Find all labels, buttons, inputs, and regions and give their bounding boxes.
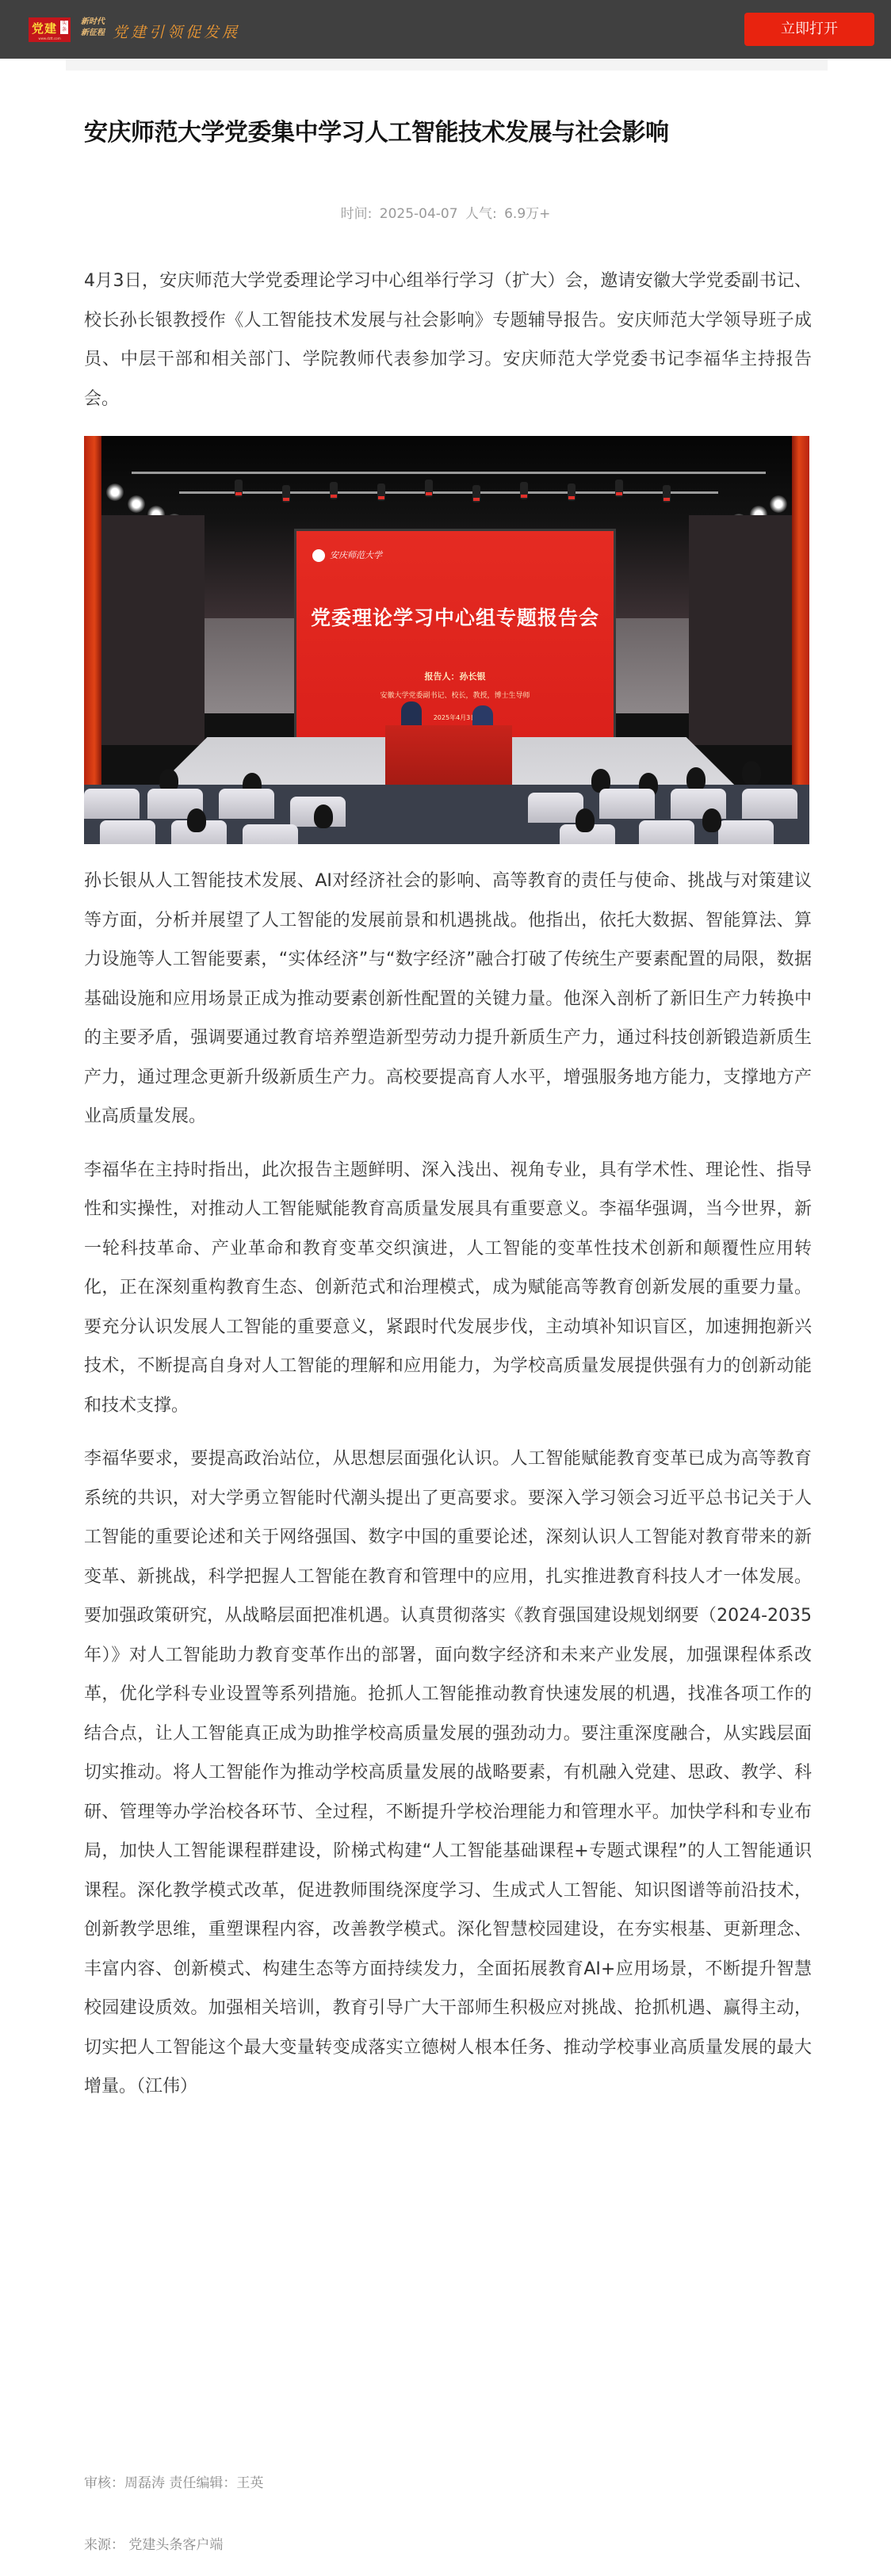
- article-title: 安庆师范大学党委集中学习人工智能技术发展与社会影响: [84, 115, 813, 151]
- paragraph-2: 孙长银从人工智能技术发展、AI对经济社会的影响、高等教育的责任与使命、挑战与对策…: [84, 862, 812, 1137]
- slogan-small: 新时代 新征程: [81, 17, 106, 39]
- slogan-small-line-1: 新时代: [81, 17, 106, 28]
- stage-light-icon: [106, 483, 124, 501]
- lighting-rig: [179, 491, 718, 494]
- article-source: 来源： 党建头条客户端: [84, 2533, 223, 2553]
- article-meta: 时间: 2025-04-07 人气: 6.9万+: [0, 202, 891, 222]
- lighting-rig: [132, 472, 766, 474]
- reviewer-editor: 审核：周磊涛 责任编辑：王英: [84, 2471, 263, 2491]
- logo-text: 党建: [32, 20, 57, 36]
- open-app-button[interactable]: 立即打开: [744, 13, 874, 46]
- article-body: 4月3日，安庆师范大学党委理论学习中心组举行学习（扩大）会，邀请安徽大学党委副书…: [84, 262, 812, 2107]
- views-count: 6.9万+: [504, 206, 550, 222]
- paragraph-4: 李福华要求，要提高政治站位，从思想层面强化认识。人工智能赋能教育变革已成为高等教…: [84, 1439, 812, 2107]
- paragraph-1: 4月3日，安庆师范大学党委理论学习中心组举行学习（扩大）会，邀请安徽大学党委副书…: [84, 262, 812, 419]
- logo-url: www.dztt.com: [30, 36, 69, 40]
- curtain-right: [792, 436, 809, 844]
- screen-title: 党委理论学习中心组专题报告会: [296, 602, 614, 631]
- curtain-left: [84, 436, 101, 844]
- slogan: 党建引领促发展: [113, 21, 240, 42]
- slogan-small-line-2: 新征程: [81, 28, 106, 39]
- screen-speaker: 报告人：孙长银: [296, 670, 614, 682]
- time-label: 时间:: [341, 206, 373, 222]
- app-logo[interactable]: 党建 头条 www.dztt.com: [29, 17, 71, 42]
- stage-light-icon: [128, 495, 145, 513]
- logo-side-text: 头条: [60, 21, 68, 34]
- screen-date: 2025年4月3日: [296, 713, 614, 722]
- banner-placeholder: [66, 59, 828, 71]
- stage-light-icon: [770, 495, 787, 513]
- publish-date: 2025-04-07: [380, 206, 458, 222]
- screen-role: 安徽大学党委副书记、校长，教授，博士生导师: [296, 690, 614, 700]
- article-photo[interactable]: 安庆师范大学 党委理论学习中心组专题报告会 报告人：孙长银 安徽大学党委副书记、…: [84, 436, 809, 844]
- paragraph-3: 李福华在主持时指出，此次报告主题鲜明、深入浅出、视角专业，具有学术性、理论性、指…: [84, 1151, 812, 1426]
- views-label: 人气:: [465, 206, 497, 222]
- top-app-bar: 党建 头条 www.dztt.com 新时代 新征程 党建引领促发展 立即打开: [0, 0, 891, 59]
- university-logo: 安庆师范大学: [312, 548, 382, 562]
